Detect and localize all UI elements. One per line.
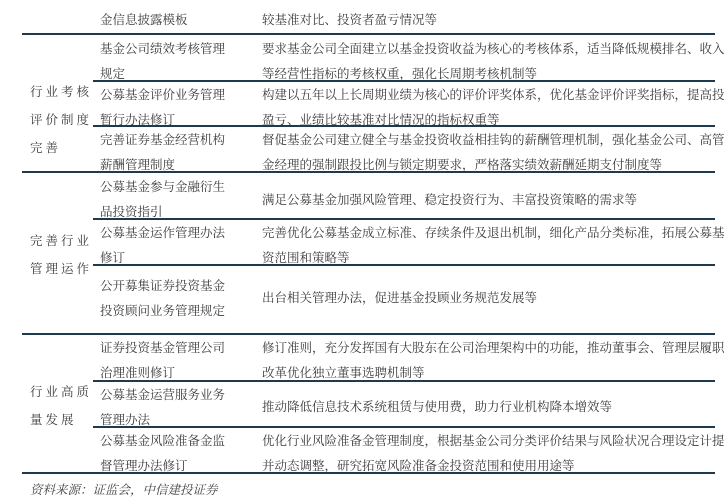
row-desc: 要求基金公司全面建立以基金投资收益为核心的考核体系，适当降低规模排名、收入利润等… (262, 36, 725, 86)
row-name: 公募基金运营服务业务管理办法 (100, 382, 225, 432)
row-desc: 较基准对比、投资者盈亏情况等 (262, 7, 437, 32)
row-desc: 出台相关管理办法，促进基金投顾业务规范发展等 (262, 285, 537, 310)
row-desc: 完善优化公募基金成立标准、存续条件及退出机制，细化产品分类标准，拓展公募基金投资… (262, 220, 725, 270)
section-divider (22, 171, 715, 173)
row-name: 公募基金风险准备金监督管理办法修订 (100, 428, 225, 478)
section-divider (22, 472, 715, 474)
row-name: 证券投资基金管理公司治理准则修订 (100, 335, 225, 385)
row-desc: 优化行业风险准备金管理制度，根据基金公司分类评价结果与风险状况合理设定计提比例并… (262, 428, 725, 478)
row-divider (93, 264, 715, 266)
section-divider (22, 33, 715, 35)
row-name: 完善证券基金经营机构薪酬管理制度 (100, 127, 225, 177)
row-name: 金信息披露模板 (100, 7, 188, 32)
row-name: 公开募集证券投资基金投资顾问业务管理规定 (100, 273, 225, 323)
row-name: 公募基金运作管理办法修订 (100, 220, 225, 270)
category-label: 行业考核 评价制度 完善 (30, 78, 92, 162)
row-desc: 推动降低信息技术系统租赁与使用费，助力行业机构降本增效等 (262, 394, 612, 419)
row-desc: 督促基金公司建立健全与基金投资收益相挂钩的薪酬管理机制，强化基金公司、高管与基金… (262, 127, 725, 177)
category-label: 完善行业 管理运作 (30, 227, 92, 283)
row-desc: 修订准则，充分发挥国有大股东在公司治理架构中的功能，推动董事会、管理层履职尽责，… (262, 335, 725, 385)
category-label: 行业高质 量发展 (30, 378, 92, 434)
row-desc: 满足公募基金加强风险管理、稳定投资行为、丰富投资策略的需求等 (262, 187, 637, 212)
row-name: 基金公司绩效考核管理规定 (100, 36, 225, 86)
row-name: 公募基金参与金融衍生品投资指引 (100, 174, 225, 224)
source-note: 资料来源：证监会，中信建投证券 (30, 480, 218, 498)
